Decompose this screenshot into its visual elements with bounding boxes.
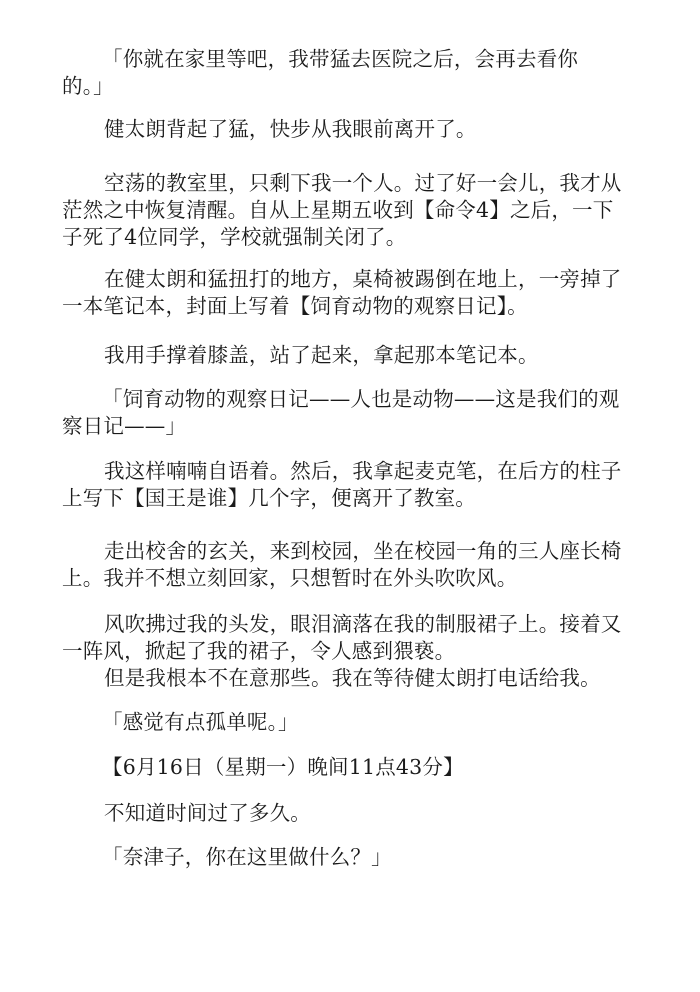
paragraph: 「你就在家里等吧，我带猛去医院之后，会再去看你 的。」: [62, 46, 662, 100]
text-line: 风吹拂过我的头发，眼泪滴落在我的制服裙子上。接着又: [62, 611, 662, 638]
paragraph: 「饲育动物的观察日记——人也是动物——这是我们的观 察日记——」: [62, 386, 662, 440]
text-line: 上写下【国王是谁】几个字，便离开了教室。: [62, 485, 662, 512]
text-line: 【6月16日（星期一）晚间11点43分】: [62, 754, 662, 781]
text-line: 在健太朗和猛扭打的地方，桌椅被踢倒在地上，一旁掉了: [62, 266, 662, 293]
text-line: 一阵风，掀起了我的裙子，令人感到猥亵。: [62, 638, 662, 665]
text-line: 我用手撑着膝盖，站了起来，拿起那本笔记本。: [62, 342, 662, 369]
text-line: 「奈津子，你在这里做什么？」: [62, 844, 662, 871]
text-line: 「感觉有点孤单呢。」: [62, 709, 662, 736]
paragraph: 【6月16日（星期一）晚间11点43分】: [62, 754, 662, 781]
text-line: 不知道时间过了多久。: [62, 800, 662, 827]
text-line: 走出校舍的玄关，来到校园，坐在校园一角的三人座长椅: [62, 538, 662, 565]
text-line: 但是我根本不在意那些。我在等待健太朗打电话给我。: [62, 665, 662, 692]
text-line: 一本笔记本，封面上写着【饲育动物的观察日记】。: [62, 293, 662, 320]
text-line: 察日记——」: [62, 413, 662, 440]
paragraph: 「奈津子，你在这里做什么？」: [62, 844, 662, 871]
text-line: 「饲育动物的观察日记——人也是动物——这是我们的观: [62, 386, 662, 413]
text-line: 空荡的教室里，只剩下我一个人。过了好一会儿，我才从: [62, 170, 662, 197]
paragraph: 在健太朗和猛扭打的地方，桌椅被踢倒在地上，一旁掉了 一本笔记本，封面上写着【饲育…: [62, 266, 662, 320]
text-line: 我这样喃喃自语着。然后，我拿起麦克笔，在后方的柱子: [62, 458, 662, 485]
paragraph: 我用手撑着膝盖，站了起来，拿起那本笔记本。: [62, 342, 662, 369]
document-page: 「你就在家里等吧，我带猛去医院之后，会再去看你 的。」 健太朗背起了猛，快步从我…: [0, 0, 700, 992]
paragraph: 「感觉有点孤单呢。」: [62, 709, 662, 736]
text-line: 茫然之中恢复清醒。自从上星期五收到【命令4】之后，一下: [62, 197, 662, 224]
paragraph: 走出校舍的玄关，来到校园，坐在校园一角的三人座长椅 上。我并不想立刻回家，只想暂…: [62, 538, 662, 592]
paragraph: 我这样喃喃自语着。然后，我拿起麦克笔，在后方的柱子 上写下【国王是谁】几个字，便…: [62, 458, 662, 512]
text-line: 健太朗背起了猛，快步从我眼前离开了。: [62, 116, 662, 143]
paragraph: 健太朗背起了猛，快步从我眼前离开了。: [62, 116, 662, 143]
paragraph: 不知道时间过了多久。: [62, 800, 662, 827]
text-line: 上。我并不想立刻回家，只想暂时在外头吹吹风。: [62, 565, 662, 592]
text-line: 「你就在家里等吧，我带猛去医院之后，会再去看你: [62, 46, 662, 73]
paragraph: 风吹拂过我的头发，眼泪滴落在我的制服裙子上。接着又 一阵风，掀起了我的裙子，令人…: [62, 611, 662, 665]
paragraph: 但是我根本不在意那些。我在等待健太朗打电话给我。: [62, 665, 662, 692]
paragraph: 空荡的教室里，只剩下我一个人。过了好一会儿，我才从 茫然之中恢复清醒。自从上星期…: [62, 170, 662, 251]
text-line: 的。」: [62, 73, 662, 100]
text-line: 子死了4位同学，学校就强制关闭了。: [62, 224, 662, 251]
